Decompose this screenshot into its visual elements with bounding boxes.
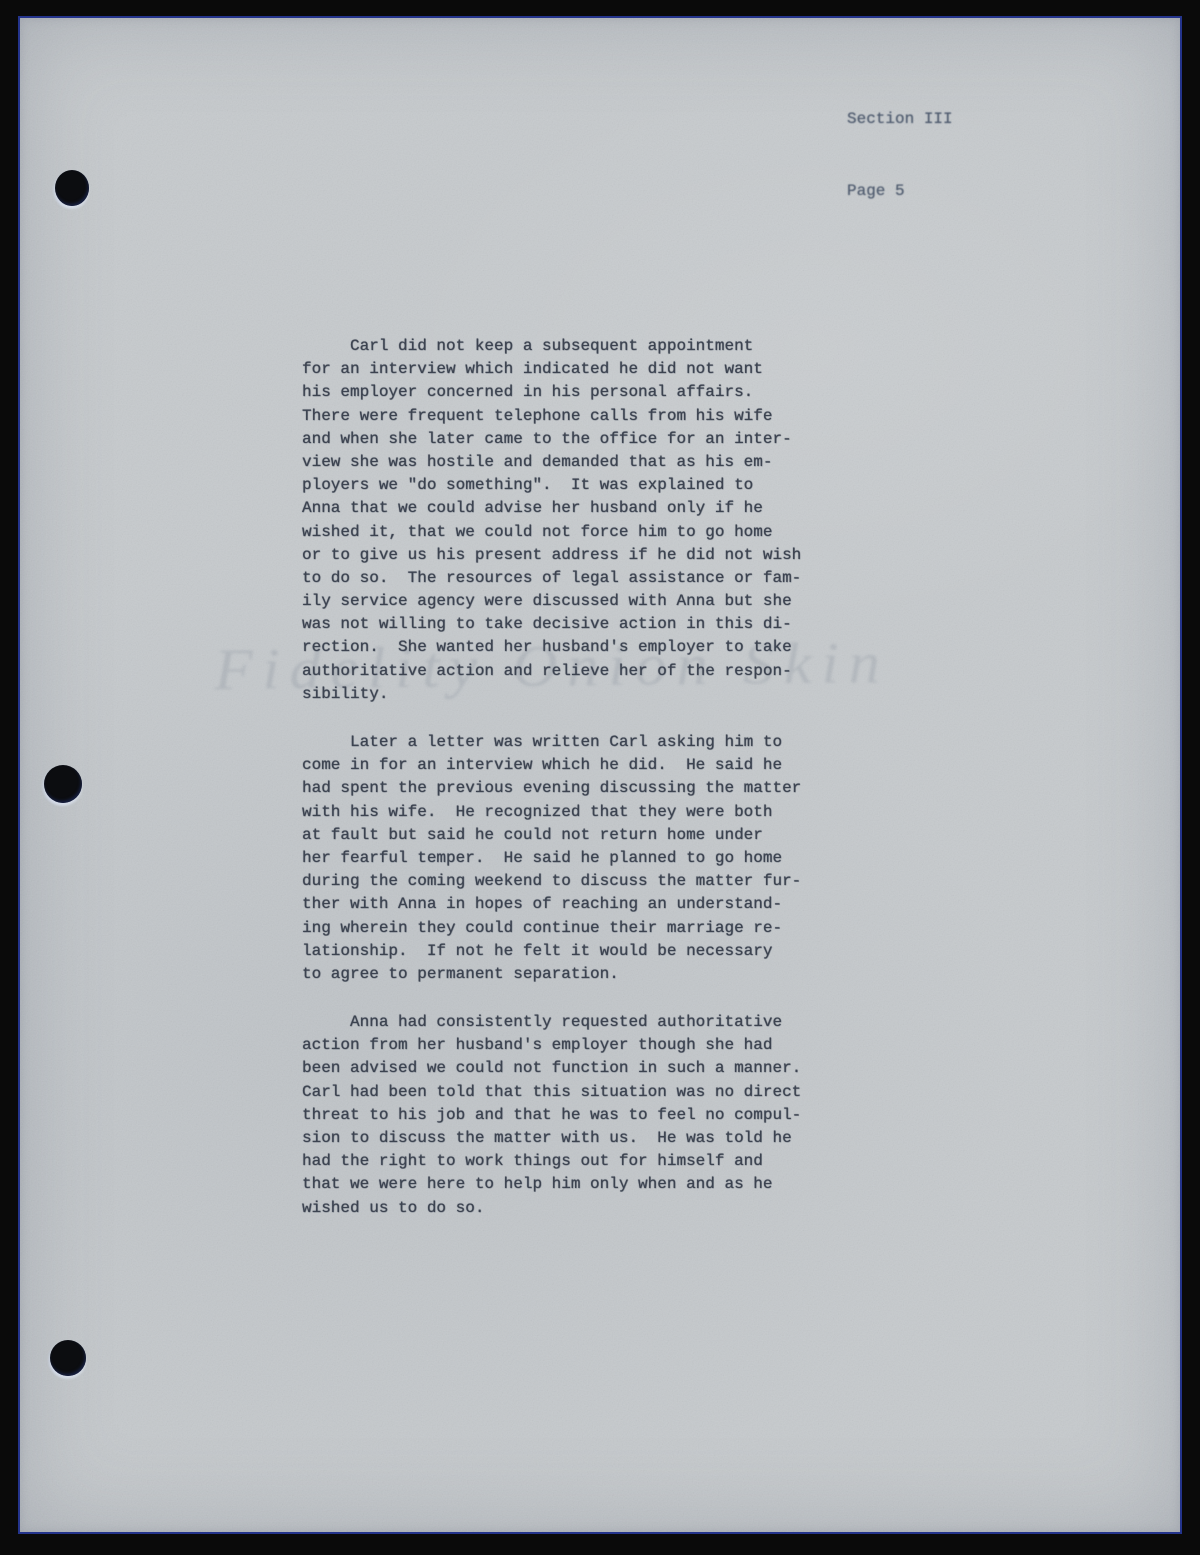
typewritten-line: sibility. xyxy=(302,683,801,706)
typewritten-line: Anna had consistently requested authorit… xyxy=(302,1011,801,1034)
page-number-label: Page 5 xyxy=(847,179,953,203)
punch-hole-top xyxy=(55,170,89,206)
typewritten-line: been advised we could not function in su… xyxy=(302,1057,801,1080)
typewritten-line: ther with Anna in hopes of reaching an u… xyxy=(302,893,801,916)
typewritten-line: to do so. The resources of legal assista… xyxy=(302,567,801,590)
typewritten-line: ployers we "do something". It was explai… xyxy=(302,474,801,497)
typewritten-line: ing wherein they could continue their ma… xyxy=(302,917,801,940)
typewritten-line: had the right to work things out for him… xyxy=(302,1150,801,1173)
typewritten-line: wished it, that we could not force him t… xyxy=(302,521,801,544)
typewritten-line: Anna that we could advise her husband on… xyxy=(302,497,801,520)
scanned-page: Fidelity Onion Skin Section III Page 5 C… xyxy=(18,16,1182,1534)
typewritten-line: threat to his job and that he was to fee… xyxy=(302,1104,801,1127)
typewritten-line: sion to discuss the matter with us. He w… xyxy=(302,1127,801,1150)
typewritten-line: with his wife. He recognized that they w… xyxy=(302,801,801,824)
typewritten-line: come in for an interview which he did. H… xyxy=(302,754,801,777)
typewritten-line: Carl had been told that this situation w… xyxy=(302,1081,801,1104)
document-body: Carl did not keep a subsequent appointme… xyxy=(302,335,801,1220)
typewritten-line: for an interview which indicated he did … xyxy=(302,358,801,381)
typewritten-line: Later a letter was written Carl asking h… xyxy=(302,731,801,754)
paragraph: Carl did not keep a subsequent appointme… xyxy=(302,335,801,706)
typewritten-line: action from her husband's employer thoug… xyxy=(302,1034,801,1057)
typewritten-line: There were frequent telephone calls from… xyxy=(302,405,801,428)
typewritten-line: view she was hostile and demanded that a… xyxy=(302,451,801,474)
paragraph: Anna had consistently requested authorit… xyxy=(302,1011,801,1220)
typewritten-line: to agree to permanent separation. xyxy=(302,963,801,986)
typewritten-line: wished us to do so. xyxy=(302,1197,801,1220)
punch-hole-middle xyxy=(44,765,82,803)
typewritten-line: authoritative action and relieve her of … xyxy=(302,660,801,683)
typewritten-line: Carl did not keep a subsequent appointme… xyxy=(302,335,801,358)
typewritten-line: and when she later came to the office fo… xyxy=(302,428,801,451)
page-header: Section III Page 5 xyxy=(847,59,953,251)
typewritten-line: ily service agency were discussed with A… xyxy=(302,590,801,613)
typewritten-line: lationship. If not he felt it would be n… xyxy=(302,940,801,963)
typewritten-line: that we were here to help him only when … xyxy=(302,1173,801,1196)
typewritten-line: had spent the previous evening discussin… xyxy=(302,777,801,800)
typewritten-line: at fault but said he could not return ho… xyxy=(302,824,801,847)
section-label: Section III xyxy=(847,107,953,131)
typewritten-line: her fearful temper. He said he planned t… xyxy=(302,847,801,870)
punch-hole-bottom xyxy=(50,1340,86,1376)
typewritten-line: was not willing to take decisive action … xyxy=(302,613,801,636)
typewritten-line: during the coming weekend to discuss the… xyxy=(302,870,801,893)
typewritten-line: or to give us his present address if he … xyxy=(302,544,801,567)
typewritten-line: his employer concerned in his personal a… xyxy=(302,381,801,404)
typewritten-line: rection. She wanted her husband's employ… xyxy=(302,636,801,659)
paragraph: Later a letter was written Carl asking h… xyxy=(302,731,801,986)
